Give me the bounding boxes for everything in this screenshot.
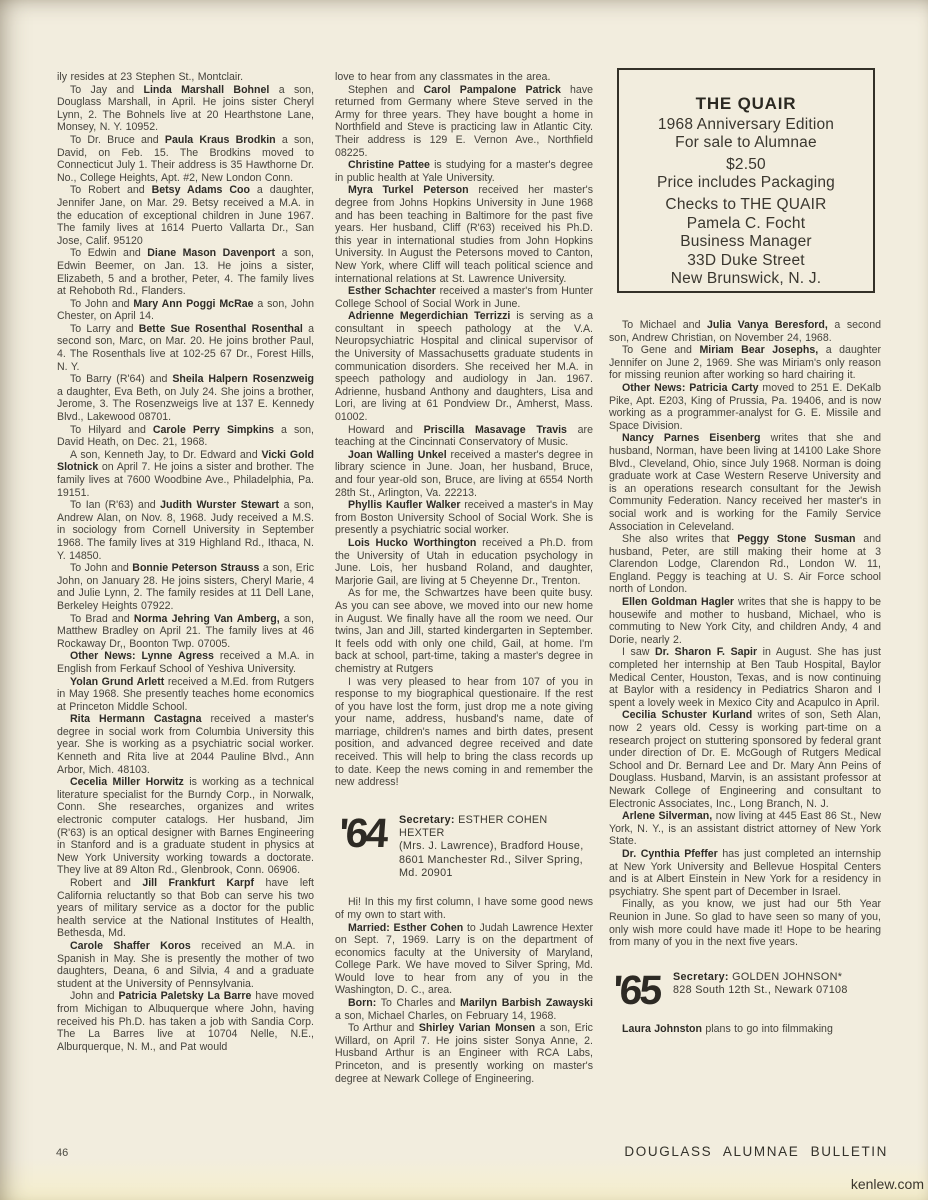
class-1965-header: '65 Secretary: GOLDEN JOHNSON*828 South … — [609, 968, 881, 1012]
paragraph: To Ian (R'63) and Judith Wurster Stewart… — [57, 499, 314, 562]
paragraph: To Jay and Linda Marshall Bohnel a son, … — [57, 84, 314, 134]
paragraph: Phyllis Kaufler Walker received a master… — [335, 499, 593, 537]
paragraph: Lois Hucko Worthington received a Ph.D. … — [335, 537, 593, 587]
class-1964-numeral: '64 — [333, 811, 400, 855]
paragraph: To Dr. Bruce and Paula Kraus Brodkin a s… — [57, 134, 314, 184]
column-3: THE QUAIR1968 Anniversary EditionFor sal… — [609, 68, 881, 1035]
watermark: kenlew.com — [851, 1176, 924, 1192]
paragraph: Rita Hermann Castagna received a master'… — [57, 713, 314, 776]
text-line: New Brunswick, N. J. — [619, 270, 873, 289]
column-1: ily resides at 23 Stephen St., Montclair… — [57, 71, 314, 1053]
page-number: 46 — [56, 1147, 68, 1159]
paragraph: To Gene and Miriam Bear Josephs, a daugh… — [609, 344, 881, 382]
paragraph: Born: To Charles and Marilyn Barbish Zaw… — [335, 997, 593, 1022]
paragraph: Laura Johnston plans to go into filmmaki… — [609, 1023, 881, 1036]
paragraph: Dr. Cynthia Pfeffer has just completed a… — [609, 848, 881, 898]
text-line: Secretary: ESTHER COHEN HEXTER — [399, 814, 593, 841]
paragraph: To Robert and Betsy Adams Coo a daughter… — [57, 184, 314, 247]
paragraph: Adrienne Megerdichian Terrizzi is servin… — [335, 310, 593, 423]
paragraph: Married: Esther Cohen to Judah Lawrence … — [335, 922, 593, 998]
paragraph: Other News: Patricia Carty moved to 251 … — [609, 382, 881, 432]
spacer — [609, 293, 881, 319]
paragraph: Howard and Priscilla Masavage Travis are… — [335, 424, 593, 449]
paragraph: Joan Walling Unkel received a master's d… — [335, 449, 593, 499]
text-line: 33D Duke Street — [619, 252, 873, 271]
paragraph: To John and Bonnie Peterson Strauss a so… — [57, 562, 314, 612]
text-line: Secretary: GOLDEN JOHNSON* — [673, 971, 848, 984]
col2-top-paragraphs: love to hear from any classmates in the … — [335, 71, 593, 789]
paragraph: To Larry and Bette Sue Rosenthal Rosenth… — [57, 323, 314, 373]
text-line: For sale to Alumnae — [619, 134, 873, 153]
paragraph: Stephen and Carol Pampalone Patrick have… — [335, 84, 593, 160]
text-line: Md. 20901 — [399, 867, 593, 880]
paragraph: ily resides at 23 Stephen St., Montclair… — [57, 71, 314, 84]
paragraph: To Brad and Norma Jehring Van Amberg, a … — [57, 613, 314, 651]
text-line: Business Manager — [619, 233, 873, 252]
class-1965-secretary: Secretary: GOLDEN JOHNSON*828 South 12th… — [673, 968, 848, 998]
class-1964-header: '64 Secretary: ESTHER COHEN HEXTER(Mrs. … — [335, 811, 593, 880]
paragraph: I was very pleased to hear from 107 of y… — [335, 676, 593, 789]
text-line: 1968 Anniversary Edition — [619, 116, 873, 135]
paragraph: To Barry (R'64) and Sheila Halpern Rosen… — [57, 373, 314, 423]
class-1964-secretary: Secretary: ESTHER COHEN HEXTER(Mrs. J. L… — [399, 811, 593, 880]
paragraph: As for me, the Schwartzes have been quit… — [335, 587, 593, 675]
col3-bottom-paragraphs: Laura Johnston plans to go into filmmaki… — [609, 1023, 881, 1036]
scan-bottom-band — [0, 1158, 928, 1200]
paragraph: Hi! In this my first column, I have some… — [335, 896, 593, 921]
text-line: Price includes Packaging — [619, 174, 873, 193]
paragraph: Christine Pattee is studying for a maste… — [335, 159, 593, 184]
paragraph: Arlene Silverman, now living at 445 East… — [609, 810, 881, 848]
footer-title: DOUGLASS ALUMNAE BULLETIN — [624, 1144, 888, 1159]
col3-main-paragraphs: To Michael and Julia Vanya Beresford, a … — [609, 319, 881, 949]
paragraph: Finally, as you know, we just had our 5t… — [609, 898, 881, 948]
paragraph: To Arthur and Shirley Varian Monsen a so… — [335, 1022, 593, 1085]
paragraph: John and Patricia Paletsky La Barre have… — [57, 990, 314, 1053]
text-line: $2.50 — [619, 156, 873, 175]
paragraph: Myra Turkel Peterson received her master… — [335, 184, 593, 285]
paragraph: Nancy Parnes Eisenberg writes that she a… — [609, 432, 881, 533]
col2-bottom-paragraphs: Hi! In this my first column, I have some… — [335, 896, 593, 1085]
paragraph: To Hilyard and Carole Perry Simpkins a s… — [57, 424, 314, 449]
text-line: 8601 Manchester Rd., Silver Spring, — [399, 854, 593, 867]
paragraph: Yolan Grund Arlett received a M.Ed. from… — [57, 676, 314, 714]
paragraph: Esther Schachter received a master's fro… — [335, 285, 593, 310]
text-line: Checks to THE QUAIR — [619, 196, 873, 215]
paragraph: love to hear from any classmates in the … — [335, 71, 593, 84]
text-line: Pamela C. Focht — [619, 215, 873, 234]
paragraph: A son, Kenneth Jay, to Dr. Edward and Vi… — [57, 449, 314, 499]
quair-ad-box: THE QUAIR1968 Anniversary EditionFor sal… — [617, 68, 875, 293]
class-1965-numeral: '65 — [607, 968, 674, 1012]
text-line: 828 South 12th St., Newark 07108 — [673, 984, 848, 997]
paragraph: Cecelia Miller Horwitz is working as a t… — [57, 776, 314, 877]
paragraph: She also writes that Peggy Stone Susman … — [609, 533, 881, 596]
paragraph: To Michael and Julia Vanya Beresford, a … — [609, 319, 881, 344]
text-line: THE QUAIR — [619, 95, 873, 114]
paragraph: Carole Shaffer Koros received an M.A. in… — [57, 940, 314, 990]
paragraph: Other News: Lynne Agress received a M.A.… — [57, 650, 314, 675]
paragraph: To Edwin and Diane Mason Davenport a son… — [57, 247, 314, 297]
column-2: love to hear from any classmates in the … — [335, 71, 593, 1085]
paragraph: I saw Dr. Sharon F. Sapir in August. She… — [609, 646, 881, 709]
paragraph: To John and Mary Ann Poggi McRae a son, … — [57, 298, 314, 323]
paragraph: Robert and Jill Frankfurt Karpf have lef… — [57, 877, 314, 940]
paragraph: Cecilia Schuster Kurland writes of son, … — [609, 709, 881, 810]
paragraph: Ellen Goldman Hagler writes that she is … — [609, 596, 881, 646]
text-line: (Mrs. J. Lawrence), Bradford House, — [399, 840, 593, 853]
